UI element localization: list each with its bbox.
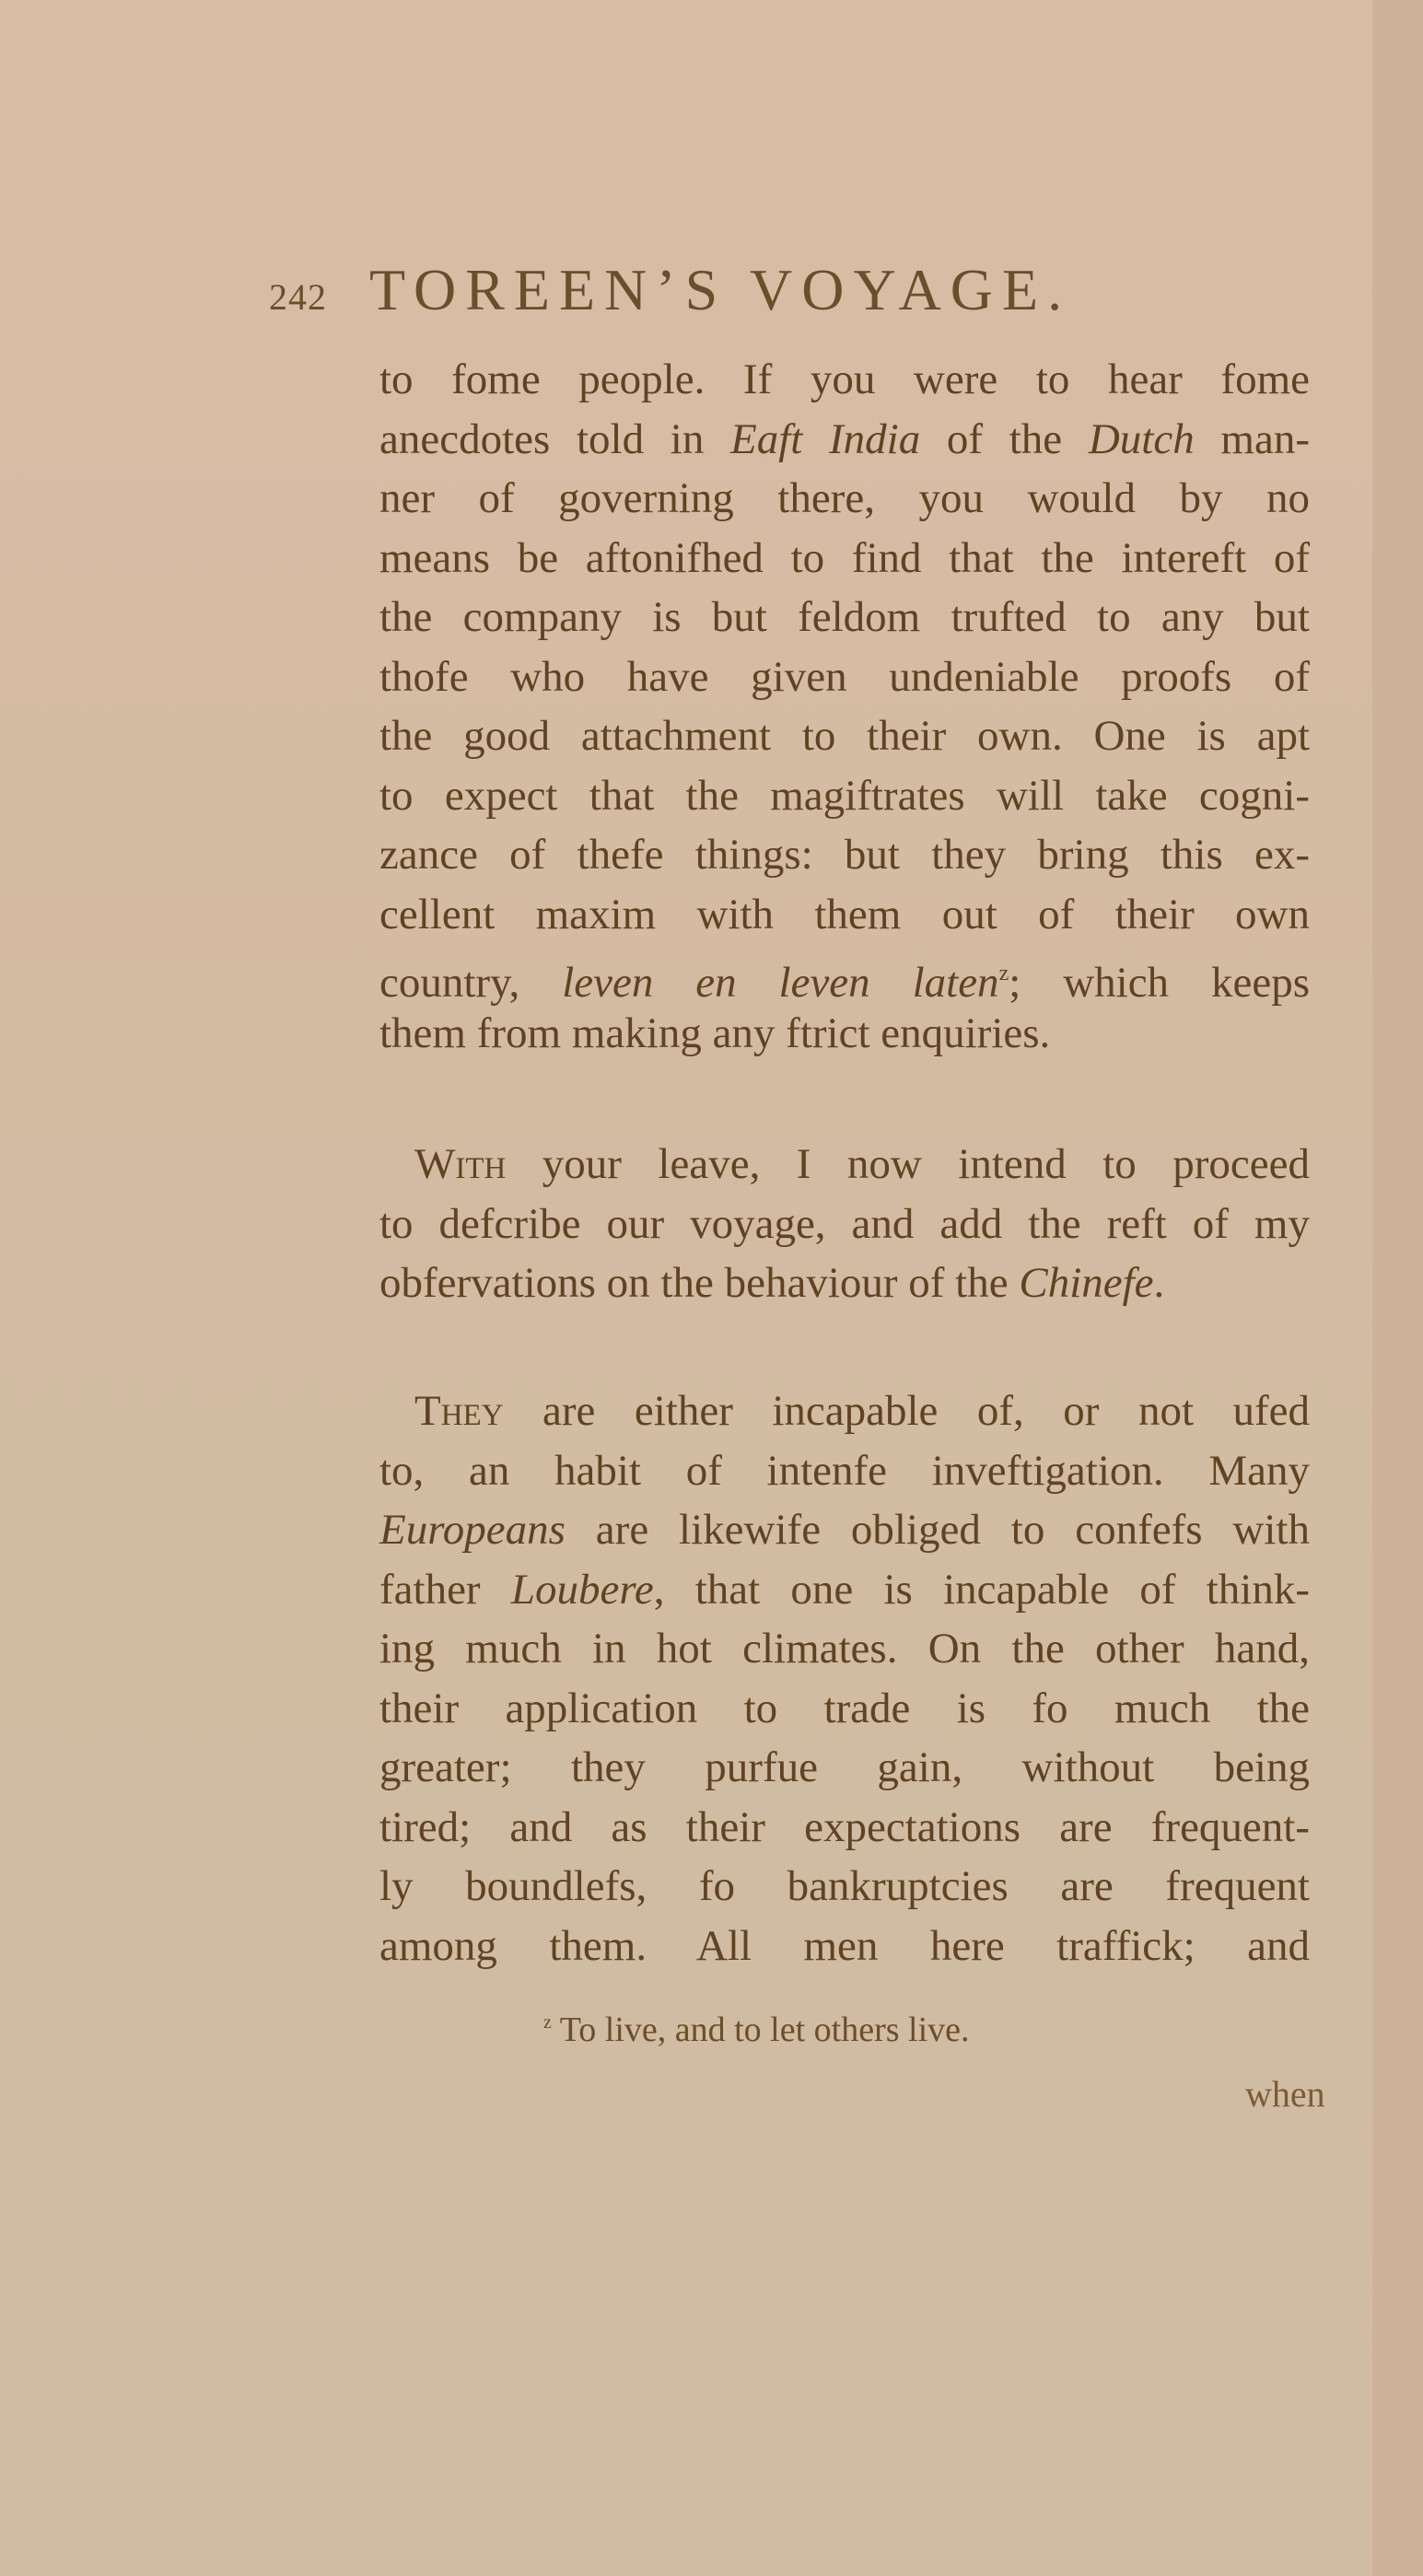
text-line: to expect that the magiftrates will take…	[379, 766, 1310, 826]
text-line: to fome people. If you were to hear fome	[379, 350, 1310, 410]
text-line: tired; and as their expectations are fre…	[379, 1798, 1310, 1858]
italic-nationality: Chinefe	[1019, 1259, 1153, 1307]
text-line: Europeans are likewife obliged to confef…	[379, 1500, 1310, 1560]
page-edge	[1372, 0, 1423, 2576]
text-line: the good attachment to their own. One is…	[379, 706, 1310, 766]
text-line: the company is but feldom trufted to any…	[379, 588, 1310, 647]
text-line: country, leven en leven latenz; which ke…	[379, 944, 1310, 1004]
small-caps-lead: With	[414, 1140, 506, 1188]
page-number: 242	[269, 275, 366, 319]
footnote-reference: z	[999, 962, 1009, 985]
paragraph-3: They are either incapable of, or not ufe…	[379, 1381, 1310, 1976]
text-line: obfervations on the behaviour of the Chi…	[379, 1253, 1310, 1313]
italic-nationality: Dutch	[1089, 415, 1195, 463]
text-line: With your leave, I now intend to proceed	[379, 1135, 1310, 1195]
italic-dutch-maxim: leven en leven laten	[562, 959, 998, 1007]
text-line: ner of governing there, you would by no	[379, 469, 1310, 529]
text-line: cellent maxim with them out of their own	[379, 885, 1310, 945]
text-line: zance of thefe things: but they bring th…	[379, 825, 1310, 885]
text-line: to, an habit of intenfe inveftigation. M…	[379, 1441, 1310, 1501]
text-line: to defcribe our voyage, and add the reft…	[379, 1195, 1310, 1254]
text-line: ly boundlefs, fo bankruptcies are freque…	[379, 1857, 1310, 1917]
text-line: among them. All men here traffick; and	[379, 1917, 1310, 1976]
text-line: thofe who have given undeniable proofs o…	[379, 647, 1310, 707]
footnote-marker: z	[543, 2012, 552, 2033]
text-line: their application to trade is fo much th…	[379, 1679, 1310, 1739]
footnote: z To live, and to let others live.	[543, 2010, 970, 2050]
paragraph-1: to fome people. If you were to hear fome…	[379, 350, 1310, 1063]
text-line: anecdotes told in Eaft India of the Dutc…	[379, 410, 1310, 470]
footnote-text: To live, and to let others live.	[560, 2011, 970, 2049]
italic-nationality: Europeans	[379, 1506, 566, 1554]
italic-place-name: Eaft India	[730, 415, 920, 463]
running-title: TOREEN’S VOYAGE.	[369, 257, 1071, 322]
page-header: 242 TOREEN’S VOYAGE.	[269, 256, 1071, 324]
text-line: greater; they purfue gain, without being	[379, 1738, 1310, 1798]
small-caps-lead: They	[414, 1387, 504, 1435]
paragraph-2: With your leave, I now intend to proceed…	[379, 1135, 1310, 1313]
text-line: means be aftonifhed to find that the int…	[379, 529, 1310, 589]
text-line: father Loubere, that one is incapable of…	[379, 1560, 1310, 1620]
italic-person-name: Loubere	[511, 1566, 654, 1614]
text-line: They are either incapable of, or not ufe…	[379, 1381, 1310, 1441]
text-line: them from making any ftrict enquiries.	[379, 1004, 1310, 1064]
text-line: ing much in hot climates. On the other h…	[379, 1619, 1310, 1679]
catchword: when	[1245, 2072, 1325, 2116]
